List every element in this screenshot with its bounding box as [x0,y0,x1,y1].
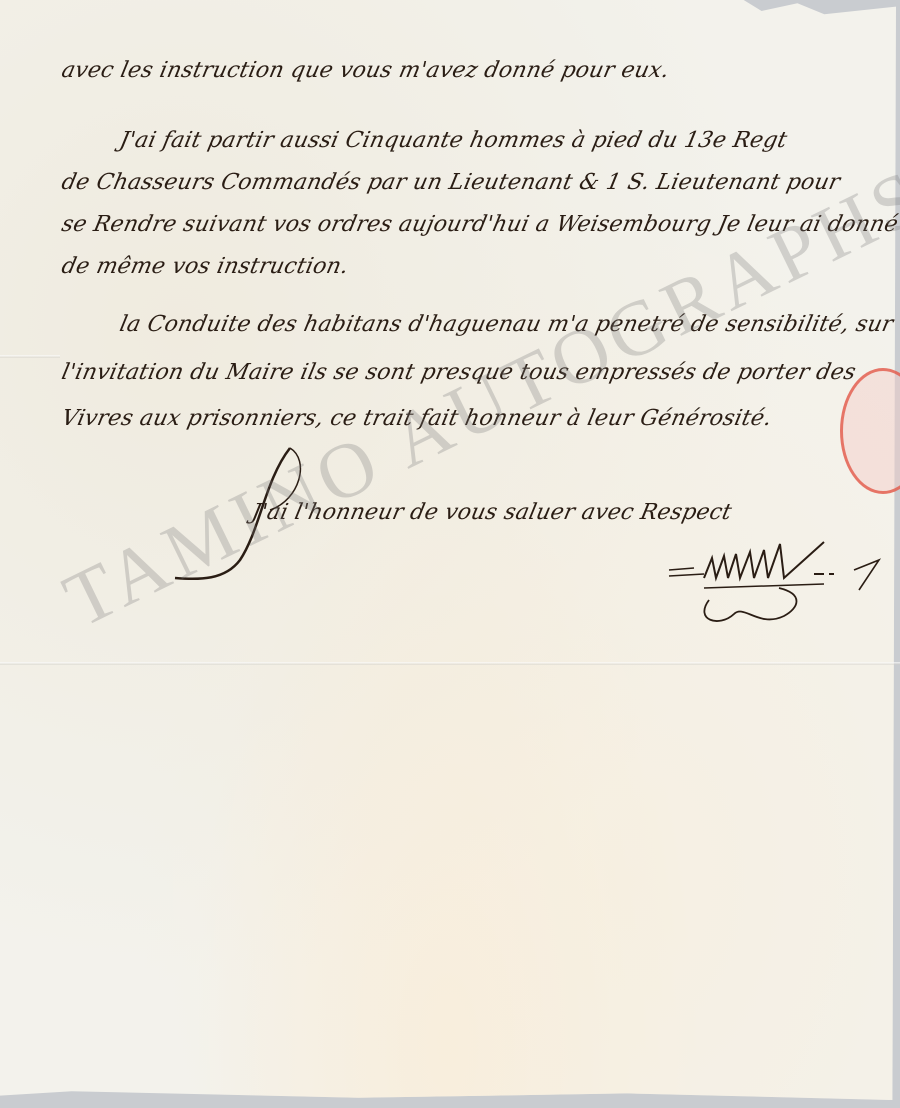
letter-line-1: avec les instruction que vous m'avez don… [59,58,671,83]
paper-fold-mark [0,355,60,358]
paper-fold-line [0,662,900,665]
letter-line-2: J'ai fait partir aussi Cinquante hommes … [117,128,789,153]
letter-line-6: la Conduite des habitans d'haguenau m'a … [117,312,895,337]
signature-icon [664,530,894,630]
letter-line-5: de même vos instruction. [59,254,351,279]
letter-line-3: de Chasseurs Commandés par un Lieutenant… [59,170,842,195]
